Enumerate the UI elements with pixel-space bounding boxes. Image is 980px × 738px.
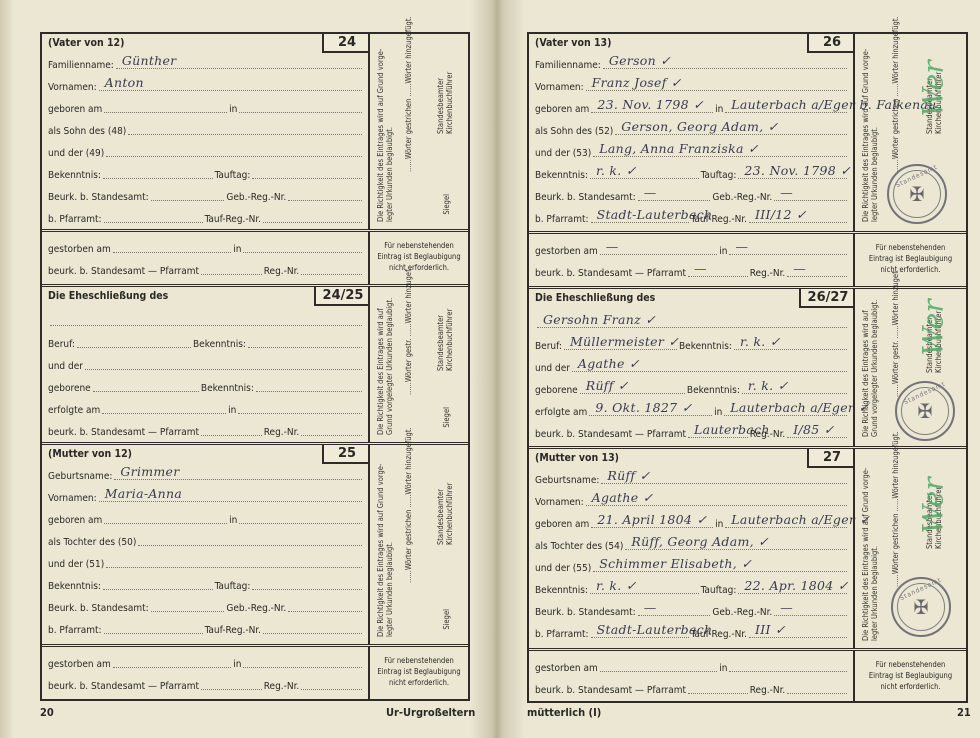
entry-number: 26: [807, 34, 855, 53]
field-label: und der: [535, 363, 570, 375]
no-cert-note: Für nebenstehendenEintrag ist Beglaubigu…: [855, 234, 966, 286]
handwritten-value: Gersohn Franz ✓: [543, 312, 656, 327]
form-row: geboren am21. April 1804 ✓inLauterbach a…: [535, 513, 849, 531]
handwritten-value: III ✓: [755, 622, 786, 637]
ancestor-form-right: (Vater von 13) 26 Familienname:Gerson ✓V…: [527, 32, 968, 703]
field-label: in: [714, 407, 722, 419]
field-label: als Tochter des (54): [535, 541, 623, 553]
field-value-line[interactable]: [288, 600, 362, 612]
field-value-line[interactable]: [301, 424, 362, 436]
field-value-line[interactable]: [301, 678, 362, 690]
field-value-line[interactable]: r. k. ✓: [590, 167, 699, 179]
field-value-line[interactable]: —: [774, 604, 847, 616]
official-signature: Wer: [917, 477, 950, 533]
no-cert-panel: Für nebenstehendenEintrag ist Beglaubigu…: [368, 647, 468, 701]
field-value-line[interactable]: —: [774, 189, 847, 201]
form-row: Geburtsname:Rüff ✓: [535, 469, 849, 487]
father-death-main: gestorben aminbeurk. b. Standesamt — Pfa…: [42, 232, 370, 284]
field-value-line[interactable]: Franz Josef ✓: [586, 79, 847, 91]
handwritten-value: Rüff ✓: [586, 378, 629, 393]
form-row: Geburtsname:Grimmer: [48, 465, 364, 483]
handwritten-value: Stadt-Lauterbach: [597, 622, 713, 637]
field-value-line[interactable]: [106, 145, 362, 157]
mother-main: (Mutter von 13) 27 Geburtsname:Rüff ✓Vor…: [529, 449, 855, 648]
handwritten-value: Lang, Anna Franziska ✓: [599, 141, 759, 156]
form-row: b. Pfarramt:Tauf-Reg.-Nr.: [48, 208, 364, 226]
form-row: gestorben amin: [48, 238, 364, 256]
words-note: ......Wörter gestrichen ......Wörter hin…: [891, 457, 900, 587]
handwritten-value: I/85 ✓: [793, 422, 834, 437]
handwritten-value: Franz Josef ✓: [592, 75, 682, 90]
field-label: erfolgte am: [535, 407, 587, 419]
right-page: (Vater von 13) 26 Familienname:Gerson ✓V…: [495, 0, 980, 738]
field-value-line[interactable]: [248, 336, 362, 348]
certification-panel: Die Richtigkeit des Eintrages wird aufGr…: [368, 287, 468, 442]
field-value-line[interactable]: [128, 123, 362, 135]
handwritten-value: —: [606, 239, 619, 254]
father-main: (Vater von 13) 26 Familienname:Gerson ✓V…: [529, 34, 855, 231]
field-label: Bekenntnis:: [48, 581, 101, 593]
field-value-line[interactable]: Müllermeister ✓: [564, 338, 677, 350]
field-label: und der: [48, 361, 83, 373]
field-label: Geb.-Reg.-Nr.: [712, 607, 772, 619]
field-label: Geburtsname:: [48, 471, 112, 483]
father-heading: (Vater von 13): [535, 37, 611, 49]
field-value-line[interactable]: Gerson ✓: [603, 57, 847, 69]
form-row: beurk. b. Standesamt — PfarramtReg.-Nr.: [48, 675, 364, 693]
form-row: b. Pfarramt:Stadt-LauterbachTauf-Reg.-Nr…: [535, 208, 849, 226]
field-label: und der (49): [48, 148, 104, 160]
field-label: Vornamen:: [48, 493, 97, 505]
field-value-line[interactable]: I/85 ✓: [787, 426, 847, 438]
certification-text: Die Richtigkeit des Eintrages wird auf G…: [861, 457, 879, 641]
form-row: und derAgathe ✓: [535, 357, 849, 375]
field-label: Tauf-Reg.-Nr.: [205, 625, 261, 637]
field-value-line[interactable]: [201, 678, 262, 690]
form-row: Gersohn Franz ✓: [535, 313, 849, 331]
official-title: StandesbeamterKirchenbuchführer: [436, 54, 454, 134]
no-cert-note: Für nebenstehendenEintrag ist Beglaubigu…: [370, 232, 468, 284]
field-label: als Sohn des (52): [535, 126, 613, 138]
field-value-line[interactable]: [104, 211, 203, 223]
field-value-line[interactable]: Rüff ✓: [580, 382, 685, 394]
field-label: in: [233, 244, 241, 256]
certification-panel: Die Richtigkeit des Eintrages wird auf G…: [368, 34, 468, 229]
handwritten-value: —: [735, 239, 748, 254]
official-title: StandesbeamterKirchenbuchführer: [436, 301, 454, 371]
handwritten-value: r. k. ✓: [740, 334, 781, 349]
field-value-line[interactable]: Lauterbach a/Eger ✓: [725, 516, 847, 528]
field-label: Familienname:: [535, 60, 601, 72]
form-row: gestorben amin: [535, 657, 849, 675]
handwritten-value: Lauterbach a/Eger ✓: [731, 512, 870, 527]
marriage-heading: Die Eheschließung des: [48, 290, 168, 302]
marriage-heading: Die Eheschließung des: [535, 292, 655, 304]
field-label: in: [719, 246, 727, 258]
field-label: gestorben am: [535, 246, 598, 258]
field-label: Tauftag:: [215, 170, 251, 182]
handwritten-value: 22. Apr. 1804 ✓: [744, 578, 848, 593]
field-value-line[interactable]: [243, 241, 362, 253]
handwritten-value: Maria-Anna: [105, 486, 182, 501]
field-label: gestorben am: [48, 244, 111, 256]
field-value-line[interactable]: —: [688, 265, 748, 277]
form-row: erfolgte amin: [48, 399, 364, 417]
field-value-line[interactable]: [93, 380, 199, 392]
field-label: Vornamen:: [535, 82, 584, 94]
form-row: Bekenntnis:r. k. ✓Tauftag:23. Nov. 1798 …: [535, 164, 849, 182]
entry-number: 25: [322, 445, 370, 464]
field-value-line[interactable]: [239, 101, 362, 113]
page-number: 21: [957, 706, 971, 719]
field-value-line[interactable]: [252, 167, 362, 179]
field-value-line[interactable]: [239, 512, 362, 524]
field-label: und der (51): [48, 559, 104, 571]
field-label: Reg.-Nr.: [264, 427, 300, 439]
handwritten-value: 21. April 1804 ✓: [597, 512, 707, 527]
field-value-line[interactable]: [263, 622, 362, 634]
certification-panel: Die Richtigkeit des Eintrages wird auf G…: [853, 34, 966, 231]
field-value-line[interactable]: [151, 600, 225, 612]
certification-panel: Die Richtigkeit des Eintrages wird auf G…: [853, 449, 966, 648]
field-value-line[interactable]: [104, 101, 227, 113]
running-title: mütterlich (I): [527, 706, 601, 719]
form-row: geboren amin: [48, 98, 364, 116]
seal-label: Siegel: [442, 407, 451, 428]
field-value-line[interactable]: r. k. ✓: [590, 582, 699, 594]
field-value-line[interactable]: [106, 556, 362, 568]
field-value-line[interactable]: Lang, Anna Franziska ✓: [593, 145, 847, 157]
field-label: Familienname:: [48, 60, 114, 72]
form-row: geboren am23. Nov. 1798 ✓inLauterbach a/…: [535, 98, 849, 116]
handwritten-value: Gerson ✓: [609, 53, 671, 68]
handwritten-value: Stadt-Lauterbach: [597, 207, 713, 222]
field-value-line[interactable]: Grimmer: [114, 468, 362, 480]
certification-text: Die Richtigkeit des Eintrages wird auf G…: [376, 453, 394, 637]
field-label: Geb.-Reg.-Nr.: [226, 192, 286, 204]
field-label: Bekenntnis:: [201, 383, 254, 395]
form-row: Bekenntnis:Tauftag:: [48, 575, 364, 593]
field-value-line[interactable]: 9. Okt. 1827 ✓: [589, 404, 712, 416]
form-row: als Tochter des (54)Rüff, Georg Adam, ✓: [535, 535, 849, 553]
words-note: ......Wörter gestr. ......Wörter hinzuge…: [891, 297, 900, 397]
field-value-line[interactable]: [729, 660, 847, 672]
official-seal-stamp: Standesamt✠: [887, 164, 947, 224]
handwritten-value: Grimmer: [120, 464, 179, 479]
field-label: beurk. b. Standesamt — Pfarramt: [48, 681, 199, 693]
marriage-main: Die Eheschließung des 26/27 Gersohn Fran…: [529, 289, 855, 446]
form-row: Beurk. b. Standesamt:—Geb.-Reg.-Nr.—: [535, 186, 849, 204]
field-value-line[interactable]: [113, 656, 232, 668]
form-row: Vornamen:Anton: [48, 76, 364, 94]
entry-number: 27: [807, 449, 855, 468]
field-value-line[interactable]: Lauterbach a/Eger b. Falkenau: [725, 101, 847, 113]
field-label: Beurk. b. Standesamt:: [48, 192, 149, 204]
field-value-line[interactable]: [102, 402, 226, 414]
form-row: und der (55)Schimmer Elisabeth, ✓: [535, 557, 849, 575]
field-value-line[interactable]: —: [638, 604, 711, 616]
form-row: Vornamen:Maria-Anna: [48, 487, 364, 505]
handwritten-value: Rüff, Georg Adam, ✓: [631, 534, 769, 549]
form-row: Familienname:Gerson ✓: [535, 54, 849, 72]
field-value-line[interactable]: Lauterbach a/Eger ✓: [724, 404, 847, 416]
field-label: b. Pfarramt:: [535, 214, 589, 226]
field-value-line[interactable]: [288, 189, 362, 201]
field-value-line[interactable]: [104, 512, 227, 524]
form-row: Beurk. b. Standesamt:Geb.-Reg.-Nr.: [48, 186, 364, 204]
field-label: geborene: [48, 383, 91, 395]
no-cert-note: Für nebenstehendenEintrag ist Beglaubigu…: [370, 647, 468, 701]
field-value-line[interactable]: Schimmer Elisabeth, ✓: [593, 560, 847, 572]
form-row: Vornamen:Franz Josef ✓: [535, 76, 849, 94]
words-note: ......Wörter gestrichen ......Wörter hin…: [404, 42, 413, 172]
field-label: Beurk. b. Standesamt:: [535, 607, 636, 619]
form-row: und der: [48, 355, 364, 373]
field-value-line[interactable]: III/12 ✓: [749, 211, 847, 223]
field-value-line[interactable]: 22. Apr. 1804 ✓: [738, 582, 847, 594]
handwritten-value: —: [793, 261, 806, 276]
field-value-line[interactable]: III ✓: [749, 626, 847, 638]
mother-heading: (Mutter von 12): [48, 448, 132, 460]
form-row: und der (53)Lang, Anna Franziska ✓: [535, 142, 849, 160]
field-value-line[interactable]: r. k. ✓: [734, 338, 847, 350]
field-label: in: [229, 104, 237, 116]
field-label: Reg.-Nr.: [264, 681, 300, 693]
handwritten-value: 23. Nov. 1798 ✓: [597, 97, 704, 112]
field-label: beurk. b. Standesamt — Pfarramt: [48, 266, 199, 278]
field-value-line[interactable]: [243, 656, 362, 668]
form-row: als Sohn des (48): [48, 120, 364, 138]
handwritten-value: —: [780, 185, 793, 200]
field-label: geboren am: [48, 515, 102, 527]
field-label: Beurk. b. Standesamt:: [48, 603, 149, 615]
form-row: beurk. b. Standesamt — Pfarramt—Reg.-Nr.…: [535, 262, 849, 280]
form-row: geboreneRüff ✓Bekenntnis:r. k. ✓: [535, 379, 849, 397]
field-label: Tauftag:: [215, 581, 251, 593]
marriage-main: Die Eheschließung des 24/25 Beruf:Bekenn…: [42, 287, 370, 442]
field-label: Beruf:: [48, 339, 75, 351]
form-row: und der (51): [48, 553, 364, 571]
form-row: b. Pfarramt:Stadt-LauterbachTauf-Reg.-Nr…: [535, 623, 849, 641]
running-title: Ur-Urgroßeltern: [386, 706, 475, 719]
field-label: beurk. b. Standesamt — Pfarramt: [535, 268, 686, 280]
field-value-line[interactable]: Agathe ✓: [572, 360, 847, 372]
form-row: Beruf:Müllermeister ✓Bekenntnis:r. k. ✓: [535, 335, 849, 353]
ancestor-form-left: (Vater von 12) 24 Familienname:GüntherVo…: [40, 32, 470, 701]
field-label: b. Pfarramt:: [48, 214, 102, 226]
field-label: und der (53): [535, 148, 591, 160]
form-row: gestorben am—in—: [535, 240, 849, 258]
field-label: Geb.-Reg.-Nr.: [712, 192, 772, 204]
field-label: Beurk. b. Standesamt:: [535, 192, 636, 204]
field-label: Bekenntnis:: [687, 385, 740, 397]
field-value-line[interactable]: [301, 263, 362, 275]
handwritten-value: Rüff ✓: [607, 468, 650, 483]
entry-number: 24: [322, 34, 370, 53]
field-value-line[interactable]: [104, 622, 203, 634]
father-main: (Vater von 12) 24 Familienname:GüntherVo…: [42, 34, 370, 229]
handwritten-value: —: [780, 600, 793, 615]
certification-text: Die Richtigkeit des Eintrages wird aufGr…: [376, 295, 394, 435]
field-label: b. Pfarramt:: [535, 629, 589, 641]
field-label: Beruf:: [535, 341, 562, 353]
words-note: ......Wörter gestrichen ......Wörter hin…: [891, 42, 900, 172]
field-label: gestorben am: [48, 659, 111, 671]
entry-number: 26/27: [799, 289, 855, 308]
form-row: geboren amin: [48, 509, 364, 527]
field-value-line[interactable]: 21. April 1804 ✓: [591, 516, 713, 528]
no-cert-panel: Für nebenstehendenEintrag ist Beglaubigu…: [853, 651, 966, 703]
field-label: in: [719, 663, 727, 675]
field-value-line[interactable]: [600, 660, 718, 672]
field-value-line[interactable]: Günther: [116, 57, 362, 69]
field-label: geborene: [535, 385, 578, 397]
field-label: als Tochter des (50): [48, 537, 136, 549]
field-value-line[interactable]: —: [787, 265, 847, 277]
field-value-line[interactable]: [138, 534, 362, 546]
entry-number: 24/25: [314, 287, 370, 306]
certification-panel: Die Richtigkeit des Eintrages wird aufGr…: [853, 289, 966, 446]
field-value-line[interactable]: r. k. ✓: [742, 382, 847, 394]
handwritten-value: Anton: [105, 75, 144, 90]
field-value-line[interactable]: —: [729, 243, 847, 255]
no-cert-panel: Für nebenstehendenEintrag ist Beglaubigu…: [368, 232, 468, 284]
form-row: [48, 311, 364, 329]
field-value-line[interactable]: [238, 402, 362, 414]
form-row: b. Pfarramt:Tauf-Reg.-Nr.: [48, 619, 364, 637]
field-label: und der (55): [535, 563, 591, 575]
field-label: Bekenntnis:: [535, 170, 588, 182]
mother-death-block: gestorben aminbeurk. b. Standesamt — Pfa…: [42, 647, 468, 701]
field-value-line[interactable]: Stadt-Lauterbach: [591, 626, 689, 638]
mother-main: (Mutter von 12) 25 Geburtsname:GrimmerVo…: [42, 445, 370, 644]
certification-text: Die Richtigkeit des Eintrages wird auf G…: [376, 42, 394, 222]
official-title: StandesbeamterKirchenbuchführer: [436, 465, 454, 545]
mother-heading: (Mutter von 13): [535, 452, 619, 464]
field-label: erfolgte am: [48, 405, 100, 417]
field-value-line[interactable]: —: [600, 243, 718, 255]
handwritten-value: Günther: [122, 53, 177, 68]
form-row: beurk. b. Standesamt — PfarramtLauterbac…: [535, 423, 849, 441]
field-value-line[interactable]: [201, 424, 262, 436]
field-value-line[interactable]: Stadt-Lauterbach: [591, 211, 689, 223]
field-label: Geburtsname:: [535, 475, 599, 487]
official-signature: Wer: [917, 299, 950, 355]
handwritten-value: —: [644, 600, 657, 615]
form-row: beurk. b. Standesamt — PfarramtReg.-Nr.: [48, 421, 364, 439]
field-value-line[interactable]: [787, 682, 847, 694]
handwritten-value: Lauterbach a/Eger ✓: [730, 400, 869, 415]
handwritten-value: Müllermeister ✓: [570, 334, 679, 349]
no-cert-note: Für nebenstehendenEintrag ist Beglaubigu…: [855, 651, 966, 703]
father-block: (Vater von 13) 26 Familienname:Gerson ✓V…: [529, 34, 966, 234]
field-value-line[interactable]: Anton: [99, 79, 362, 91]
field-label: Vornamen:: [48, 82, 97, 94]
form-row: beurk. b. Standesamt — PfarramtReg.-Nr.: [535, 679, 849, 697]
field-label: Bekenntnis:: [535, 585, 588, 597]
form-row: Bekenntnis:r. k. ✓Tauftag:22. Apr. 1804 …: [535, 579, 849, 597]
certification-panel: Die Richtigkeit des Eintrages wird auf G…: [368, 445, 468, 644]
field-label: Tauf-Reg.-Nr.: [205, 214, 261, 226]
mother-block: (Mutter von 12) 25 Geburtsname:GrimmerVo…: [42, 445, 468, 647]
page-number: 20: [40, 706, 54, 719]
field-value-line[interactable]: [688, 682, 748, 694]
field-value-line[interactable]: [77, 336, 191, 348]
field-value-line[interactable]: [201, 263, 262, 275]
field-value-line[interactable]: [85, 358, 362, 370]
certification-text: Die Richtigkeit des Eintrages wird auf G…: [861, 42, 879, 222]
field-value-line[interactable]: Lauterbach: [688, 426, 748, 438]
form-row: Vornamen:Agathe ✓: [535, 491, 849, 509]
seal-label: Siegel: [442, 609, 451, 630]
field-value-line[interactable]: [103, 578, 213, 590]
field-value-line[interactable]: [103, 167, 213, 179]
field-value-line[interactable]: Agathe ✓: [586, 494, 847, 506]
eagle-emblem-icon: ✠: [913, 595, 928, 619]
field-value-line[interactable]: 23. Nov. 1798 ✓: [591, 101, 713, 113]
field-label: Bekenntnis:: [48, 170, 101, 182]
mother-block: (Mutter von 13) 27 Geburtsname:Rüff ✓Vor…: [529, 449, 966, 651]
form-row: Bekenntnis:Tauftag:: [48, 164, 364, 182]
eagle-emblem-icon: ✠: [917, 399, 932, 423]
handwritten-value: —: [694, 261, 707, 276]
handwritten-value: III/12 ✓: [755, 207, 807, 222]
handwritten-value: r. k. ✓: [596, 163, 637, 178]
seal-label: Siegel: [442, 194, 451, 215]
field-value-line[interactable]: 23. Nov. 1798 ✓: [738, 167, 847, 179]
field-value-line[interactable]: Rüff ✓: [601, 472, 847, 484]
field-label: geboren am: [535, 104, 589, 116]
field-label: in: [229, 515, 237, 527]
field-value-line[interactable]: Gerson, Georg Adam, ✓: [615, 123, 847, 135]
mother-death-block: gestorben aminbeurk. b. Standesamt — Pfa…: [529, 651, 966, 703]
form-row: als Sohn des (52)Gerson, Georg Adam, ✓: [535, 120, 849, 138]
field-value-line[interactable]: [113, 241, 232, 253]
field-value-line[interactable]: Rüff, Georg Adam, ✓: [625, 538, 847, 550]
field-label: beurk. b. Standesamt — Pfarramt: [48, 427, 199, 439]
handwritten-value: 23. Nov. 1798 ✓: [744, 163, 851, 178]
field-label: Reg.-Nr.: [264, 266, 300, 278]
field-label: beurk. b. Standesamt — Pfarramt: [535, 429, 686, 441]
field-label: in: [715, 519, 723, 531]
handwritten-value: Schimmer Elisabeth, ✓: [599, 556, 752, 571]
field-value-line[interactable]: Gersohn Franz ✓: [537, 316, 847, 328]
handwritten-value: —: [644, 185, 657, 200]
handwritten-value: Agathe ✓: [592, 490, 654, 505]
field-label: beurk. b. Standesamt — Pfarramt: [535, 685, 686, 697]
left-page: (Vater von 12) 24 Familienname:GüntherVo…: [0, 0, 495, 738]
field-value-line[interactable]: Maria-Anna: [99, 490, 362, 502]
field-label: Reg.-Nr.: [750, 685, 786, 697]
field-value-line[interactable]: [50, 314, 362, 326]
field-label: in: [715, 104, 723, 116]
field-value-line[interactable]: [151, 189, 225, 201]
certification-text: Die Richtigkeit des Eintrages wird aufGr…: [861, 297, 879, 437]
field-value-line[interactable]: [256, 380, 362, 392]
field-value-line[interactable]: [263, 211, 362, 223]
form-row: Beurk. b. Standesamt:—Geb.-Reg.-Nr.—: [535, 601, 849, 619]
official-signature: Wer: [917, 60, 950, 116]
handwritten-value: Gerson, Georg Adam, ✓: [621, 119, 778, 134]
handwritten-value: r. k. ✓: [748, 378, 789, 393]
form-row: Familienname:Günther: [48, 54, 364, 72]
field-value-line[interactable]: [252, 578, 362, 590]
field-label: gestorben am: [535, 663, 598, 675]
form-row: als Tochter des (50): [48, 531, 364, 549]
field-value-line[interactable]: —: [638, 189, 711, 201]
marriage-block: Die Eheschließung des 24/25 Beruf:Bekenn…: [42, 287, 468, 445]
field-label: in: [228, 405, 236, 417]
